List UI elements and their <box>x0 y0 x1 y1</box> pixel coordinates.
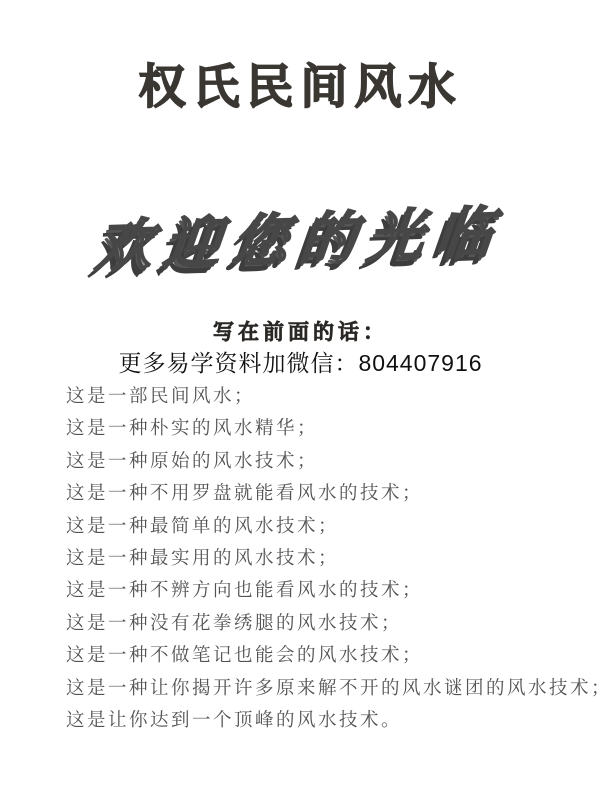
body-line: 这是一种原始的风水技术； <box>66 446 571 478</box>
body-line: 这是一种最实用的风水技术； <box>66 543 571 575</box>
body-line: 这是一种朴实的风水精华； <box>66 413 571 445</box>
section-heading: 写在前面的话： <box>0 316 601 346</box>
body-text-list: 这是一部民间风水； 这是一种朴实的风水精华； 这是一种原始的风水技术； 这是一种… <box>66 381 571 737</box>
body-line: 这是一种最简单的风水技术； <box>66 511 571 543</box>
wechat-watermark: 更多易学资料加微信：804407916 <box>0 345 601 378</box>
body-line: 这是一种不用罗盘就能看风水的技术； <box>66 478 571 510</box>
body-line: 这是一部民间风水； <box>66 381 571 413</box>
book-title: 权氏民间风水 <box>0 50 601 117</box>
body-line: 这是一种不辨方向也能看风水的技术； <box>66 575 571 607</box>
body-line: 这是让你达到一个顶峰的风水技术。 <box>66 705 571 737</box>
welcome-banner-art-text: 欢迎您的光临 <box>0 185 601 286</box>
body-line: 这是一种不做笔记也能会的风水技术； <box>66 640 571 672</box>
body-line: 这是一种让你揭开许多原来解不开的风水谜团的风水技术； <box>66 673 571 705</box>
body-line: 这是一种没有花拳绣腿的风水技术； <box>66 608 571 640</box>
scanned-book-page: 权氏民间风水 欢迎您的光临 写在前面的话： 更多易学资料加微信：80440791… <box>0 0 601 797</box>
